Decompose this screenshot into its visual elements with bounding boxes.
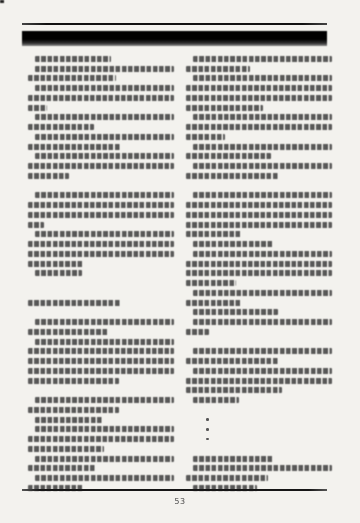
redacted-text-bar	[193, 290, 333, 296]
redacted-text-line	[186, 64, 332, 74]
redacted-text-line	[28, 327, 174, 337]
redacted-text-bar	[35, 339, 175, 345]
header-thin-rule	[22, 23, 327, 25]
redacted-text-bar	[35, 85, 175, 91]
redacted-text-bar	[35, 417, 103, 423]
redacted-text-line	[28, 473, 174, 483]
redacted-text-line	[28, 93, 174, 103]
redacted-text-bar	[193, 56, 333, 62]
redacted-text-bar	[28, 124, 94, 130]
redacted-text-line	[186, 74, 332, 84]
ellipsis-dot	[206, 418, 209, 421]
redacted-text-bar	[193, 75, 333, 81]
redacted-text-bar	[35, 134, 175, 140]
redacted-text-line	[28, 210, 174, 220]
redacted-text-line	[28, 366, 174, 376]
redacted-text-line	[28, 259, 174, 269]
redacted-text-bar	[28, 261, 83, 267]
redacted-text-line	[28, 434, 174, 444]
redacted-text-line	[186, 239, 332, 249]
redacted-text-bar	[193, 114, 333, 120]
redacted-text-bar	[186, 124, 332, 130]
redacted-text-bar	[193, 192, 333, 198]
redacted-text-line	[28, 74, 174, 84]
redacted-text-line	[186, 288, 332, 298]
redacted-text-bar	[186, 202, 332, 208]
redacted-text-line	[28, 122, 174, 132]
redacted-text-line	[28, 103, 174, 113]
redacted-text-line	[28, 249, 174, 259]
redacted-text-line	[186, 210, 332, 220]
redacted-text-bar	[186, 222, 332, 228]
redacted-text-bar	[193, 368, 333, 374]
ellipsis-dot	[206, 428, 209, 431]
redacted-text-line	[28, 454, 174, 464]
redacted-text-line	[28, 317, 174, 327]
redacted-text-line	[186, 327, 332, 337]
text-column-right	[186, 54, 332, 493]
redacted-text-line	[186, 269, 332, 279]
redacted-text-bar	[186, 387, 282, 393]
redacted-text-line	[28, 181, 174, 191]
redacted-text-line	[28, 191, 174, 201]
redacted-text-line	[28, 386, 174, 396]
redacted-text-line	[28, 220, 174, 230]
redacted-text-line	[28, 337, 174, 347]
redacted-text-line	[28, 288, 174, 298]
page-number: 53	[0, 497, 360, 506]
redacted-text-line	[186, 249, 332, 259]
redacted-text-bar	[28, 368, 174, 374]
redacted-text-bar	[28, 241, 174, 247]
redacted-text-line	[186, 181, 332, 191]
footer-rule	[22, 489, 327, 491]
redacted-text-bar	[28, 378, 119, 384]
redacted-text-bar	[35, 153, 175, 159]
redacted-text-line	[186, 83, 332, 93]
redacted-text-bar	[193, 348, 333, 354]
redacted-text-bar	[186, 300, 241, 306]
redacted-text-line	[186, 464, 332, 474]
redacted-text-line	[186, 259, 332, 269]
redacted-text-bar	[186, 261, 332, 267]
redacted-text-bar	[35, 192, 175, 198]
redacted-text-bar	[28, 348, 174, 354]
redacted-text-line	[28, 356, 174, 366]
redacted-text-line	[186, 425, 332, 435]
redacted-text-bar	[35, 56, 112, 62]
redacted-text-bar	[193, 397, 239, 403]
redacted-text-bar	[28, 446, 104, 452]
redacted-text-bar	[28, 329, 108, 335]
redacted-text-bar	[35, 114, 175, 120]
redacted-text-bar	[186, 105, 263, 111]
redacted-text-line	[28, 230, 174, 240]
redacted-text-line	[186, 386, 332, 396]
redacted-text-bar	[28, 95, 174, 101]
redacted-text-line	[186, 132, 332, 142]
redacted-text-line	[186, 337, 332, 347]
redacted-text-line	[186, 405, 332, 415]
redacted-text-bar	[28, 222, 44, 228]
redacted-text-bar	[28, 407, 119, 413]
redacted-text-bar	[186, 134, 225, 140]
redacted-text-line	[28, 308, 174, 318]
redacted-text-bar	[193, 144, 333, 150]
redacted-text-line	[186, 317, 332, 327]
redacted-text-line	[28, 425, 174, 435]
redacted-text-line	[28, 415, 174, 425]
redacted-text-bar	[35, 426, 175, 432]
ellipsis-dot	[206, 438, 209, 441]
redacted-text-line	[186, 113, 332, 123]
redacted-text-line	[28, 298, 174, 308]
redacted-text-line	[28, 54, 174, 64]
redacted-text-bar	[186, 231, 241, 237]
redacted-text-bar	[193, 456, 274, 462]
redacted-text-bar	[35, 456, 175, 462]
redacted-text-line	[186, 103, 332, 113]
scan-artifact	[0, 0, 4, 3]
text-column-left	[28, 54, 174, 493]
redacted-text-bar	[193, 163, 333, 169]
redacted-text-line	[186, 220, 332, 230]
redacted-text-line	[28, 142, 174, 152]
redacted-text-bar	[28, 144, 120, 150]
redacted-text-line	[186, 200, 332, 210]
redacted-text-line	[28, 405, 174, 415]
redacted-text-bar	[186, 280, 236, 286]
redacted-text-line	[186, 152, 332, 162]
redacted-text-bar	[186, 153, 271, 159]
redacted-text-bar	[186, 95, 332, 101]
redacted-text-line	[186, 278, 332, 288]
redacted-text-bar	[186, 85, 332, 91]
redacted-text-bar	[193, 319, 333, 325]
redacted-text-bar	[186, 173, 279, 179]
redacted-text-bar	[28, 105, 47, 111]
redacted-text-bar	[186, 378, 332, 384]
redacted-text-bar	[28, 173, 69, 179]
header-bar	[22, 31, 327, 46]
redacted-text-bar	[35, 397, 175, 403]
redacted-text-bar	[35, 319, 175, 325]
redacted-text-bar	[35, 475, 175, 481]
redacted-text-line	[28, 444, 174, 454]
redacted-text-line	[186, 366, 332, 376]
redacted-text-bar	[193, 309, 278, 315]
redacted-text-bar	[35, 231, 175, 237]
redacted-text-line	[186, 395, 332, 405]
redacted-text-bar	[186, 475, 268, 481]
redacted-text-bar	[28, 436, 174, 442]
redacted-text-bar	[28, 300, 121, 306]
redacted-text-line	[28, 376, 174, 386]
redacted-text-line	[28, 113, 174, 123]
redacted-text-line	[28, 239, 174, 249]
redacted-text-line	[28, 269, 174, 279]
redacted-text-line	[186, 161, 332, 171]
redacted-text-line	[28, 464, 174, 474]
redacted-text-line	[28, 132, 174, 142]
redacted-text-line	[28, 200, 174, 210]
redacted-text-line	[186, 191, 332, 201]
redacted-text-line	[28, 347, 174, 357]
redacted-text-line	[186, 376, 332, 386]
redacted-text-line	[28, 83, 174, 93]
redacted-text-bar	[186, 329, 209, 335]
redacted-text-bar	[186, 212, 332, 218]
redacted-text-bar	[35, 270, 82, 276]
redacted-text-bar	[186, 270, 332, 276]
redacted-text-bar	[28, 465, 95, 471]
redacted-text-bar	[28, 251, 174, 257]
redacted-text-bar	[28, 358, 174, 364]
redacted-text-line	[186, 93, 332, 103]
redacted-text-line	[186, 54, 332, 64]
redacted-text-line	[186, 415, 332, 425]
redacted-text-line	[186, 454, 332, 464]
redacted-text-bar	[28, 212, 174, 218]
redacted-text-line	[28, 278, 174, 288]
redacted-text-bar	[193, 465, 333, 471]
redacted-text-line	[28, 171, 174, 181]
redacted-text-bar	[193, 241, 274, 247]
redacted-text-line	[186, 483, 332, 493]
redacted-text-line	[186, 308, 332, 318]
redacted-text-line	[186, 298, 332, 308]
redacted-text-bar	[28, 202, 174, 208]
redacted-text-bar	[28, 75, 116, 81]
redacted-text-line	[28, 152, 174, 162]
redacted-text-bar	[193, 251, 333, 257]
redacted-text-line	[28, 64, 174, 74]
redacted-text-line	[186, 356, 332, 366]
redacted-text-line	[28, 161, 174, 171]
redacted-text-line	[186, 444, 332, 454]
redacted-text-line	[186, 473, 332, 483]
redacted-text-line	[28, 483, 174, 493]
redacted-text-line	[186, 230, 332, 240]
redacted-text-line	[186, 347, 332, 357]
redacted-text-bar	[186, 66, 250, 72]
redacted-text-bar	[35, 66, 175, 72]
redacted-text-bar	[28, 163, 174, 169]
redacted-text-line	[186, 122, 332, 132]
redacted-text-line	[28, 395, 174, 405]
redacted-text-bar	[186, 358, 279, 364]
redacted-text-line	[186, 434, 332, 444]
redacted-text-line	[186, 142, 332, 152]
redacted-text-line	[186, 171, 332, 181]
